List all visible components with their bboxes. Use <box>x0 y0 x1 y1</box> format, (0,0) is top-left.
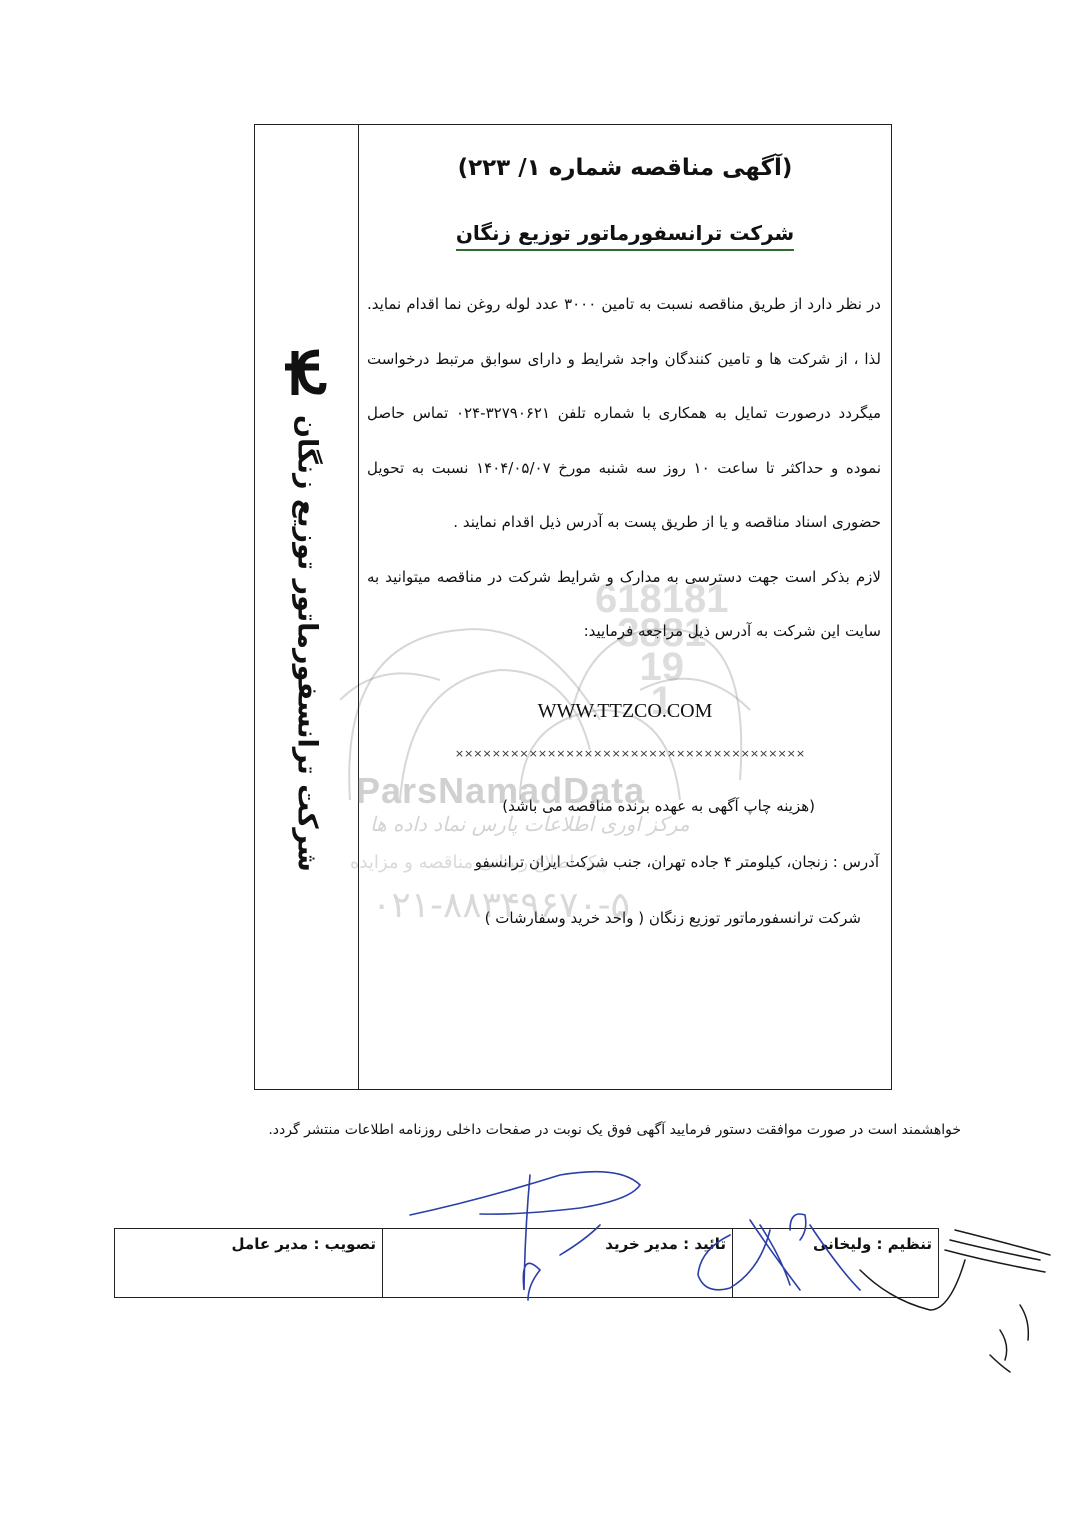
announcement-frame: شرکت ترانسفورماتور توزیع زنگان (آگهی منا… <box>254 124 892 1090</box>
sidebar-company-name: شرکت ترانسفورماتور توزیع زنگان <box>292 415 323 872</box>
confirmed-label: تائید : مدیر خرید <box>605 1235 726 1253</box>
purchasing-unit: شرکت ترانسفورماتور توزیع زنگان ( واحد خر… <box>485 909 861 927</box>
signature-approved: تصویب : مدیر عامل <box>115 1229 383 1297</box>
paragraph-documents-access: لازم بذکر است جهت دسترسی به مدارک و شرای… <box>367 550 881 659</box>
document-page: 618181 3881 19 1 شرکت ترانسفورماتور توزی… <box>0 0 1069 1513</box>
company-address: آدرس : زنجان، کیلومتر ۴ جاده تهران، جنب … <box>475 853 879 871</box>
announcement-body: در نظر دارد از طریق مناقصه نسبت به تامین… <box>367 277 881 659</box>
publication-request: خواهشمند است در صورت موافقت دستور فرمایی… <box>96 1112 961 1148</box>
prepared-label: تنظیم : ولیخانی <box>813 1235 932 1253</box>
company-sidebar: شرکت ترانسفورماتور توزیع زنگان <box>255 125 359 1089</box>
approved-label: تصویب : مدیر عامل <box>232 1235 376 1253</box>
cost-note: (هزینه چاپ آگهی به عهده برنده مناقصه می … <box>359 797 815 815</box>
paragraph-tender-details: در نظر دارد از طریق مناقصه نسبت به تامین… <box>367 277 881 550</box>
signature-table: تنظیم : ولیخانی تائید : مدیر خرید تصویب … <box>114 1228 939 1298</box>
company-heading: شرکت ترانسفورماتور توزیع زنگان <box>359 221 891 245</box>
announcement-title: (آگهی مناقصه شماره ۱/ ۲۲۳) <box>359 155 891 181</box>
website-link[interactable]: WWW.TTZCO.COM <box>359 700 891 723</box>
separator-line: ×××××××××××××××××××××××××××××××××××××× <box>439 747 821 760</box>
tt-logo-icon <box>279 343 327 403</box>
signature-confirmed: تائید : مدیر خرید <box>383 1229 733 1297</box>
company-heading-text: شرکت ترانسفورماتور توزیع زنگان <box>456 221 794 251</box>
announcement-content: (آگهی مناقصه شماره ۱/ ۲۲۳) شرکت ترانسفور… <box>359 125 891 1089</box>
signature-prepared: تنظیم : ولیخانی <box>733 1229 938 1297</box>
